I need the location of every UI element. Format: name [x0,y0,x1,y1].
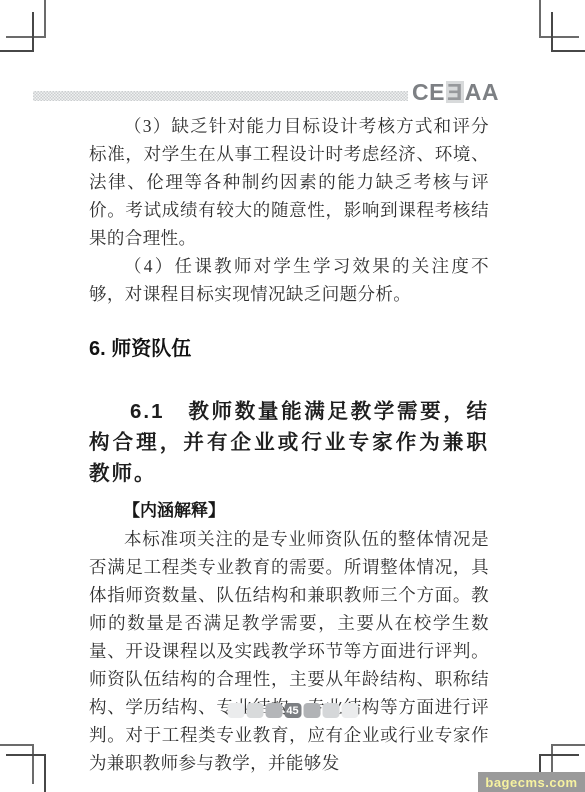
header-stripe-band [33,91,408,101]
pager-square [227,703,244,718]
pager: 45 [227,703,358,718]
document-page: CE Ǝ AA （3）缺乏针对能力目标设计考核方式和评分标准，对学生在从事工程设… [0,0,585,792]
pager-square [303,703,320,718]
paragraph-3: （3）缺乏针对能力目标设计考核方式和评分标准，对学生在从事工程设计时考虑经济、环… [89,112,489,252]
ceeaa-logo: CE Ǝ AA [412,81,499,103]
pager-square [246,703,263,718]
logo-text-suffix: AA [465,81,499,103]
watermark: bagecms.com [478,772,585,792]
body-paragraph: 本标准项关注的是专业师资队伍的整体情况是否满足工程类专业教育的需要。所谓整体情况… [89,525,489,777]
pager-square [341,703,358,718]
logo-reversed-e: Ǝ [446,81,464,103]
subsection-heading: 6.1 教师数量能满足教学需要，结构合理，并有企业或行业专家作为兼职教师。 [89,396,489,489]
connotation-label: 【内涵解释】 [89,497,489,525]
pager-square [265,703,282,718]
section-heading: 6. 师资队伍 [89,334,489,364]
pager-square [322,703,339,718]
logo-text-prefix: CE [412,81,445,103]
page-number-badge: 45 [284,703,301,718]
paragraph-4: （4）任课教师对学生学习效果的关注度不够，对课程目标实现情况缺乏问题分析。 [89,252,489,308]
page-content: （3）缺乏针对能力目标设计考核方式和评分标准，对学生在从事工程设计时考虑经济、环… [89,112,489,777]
